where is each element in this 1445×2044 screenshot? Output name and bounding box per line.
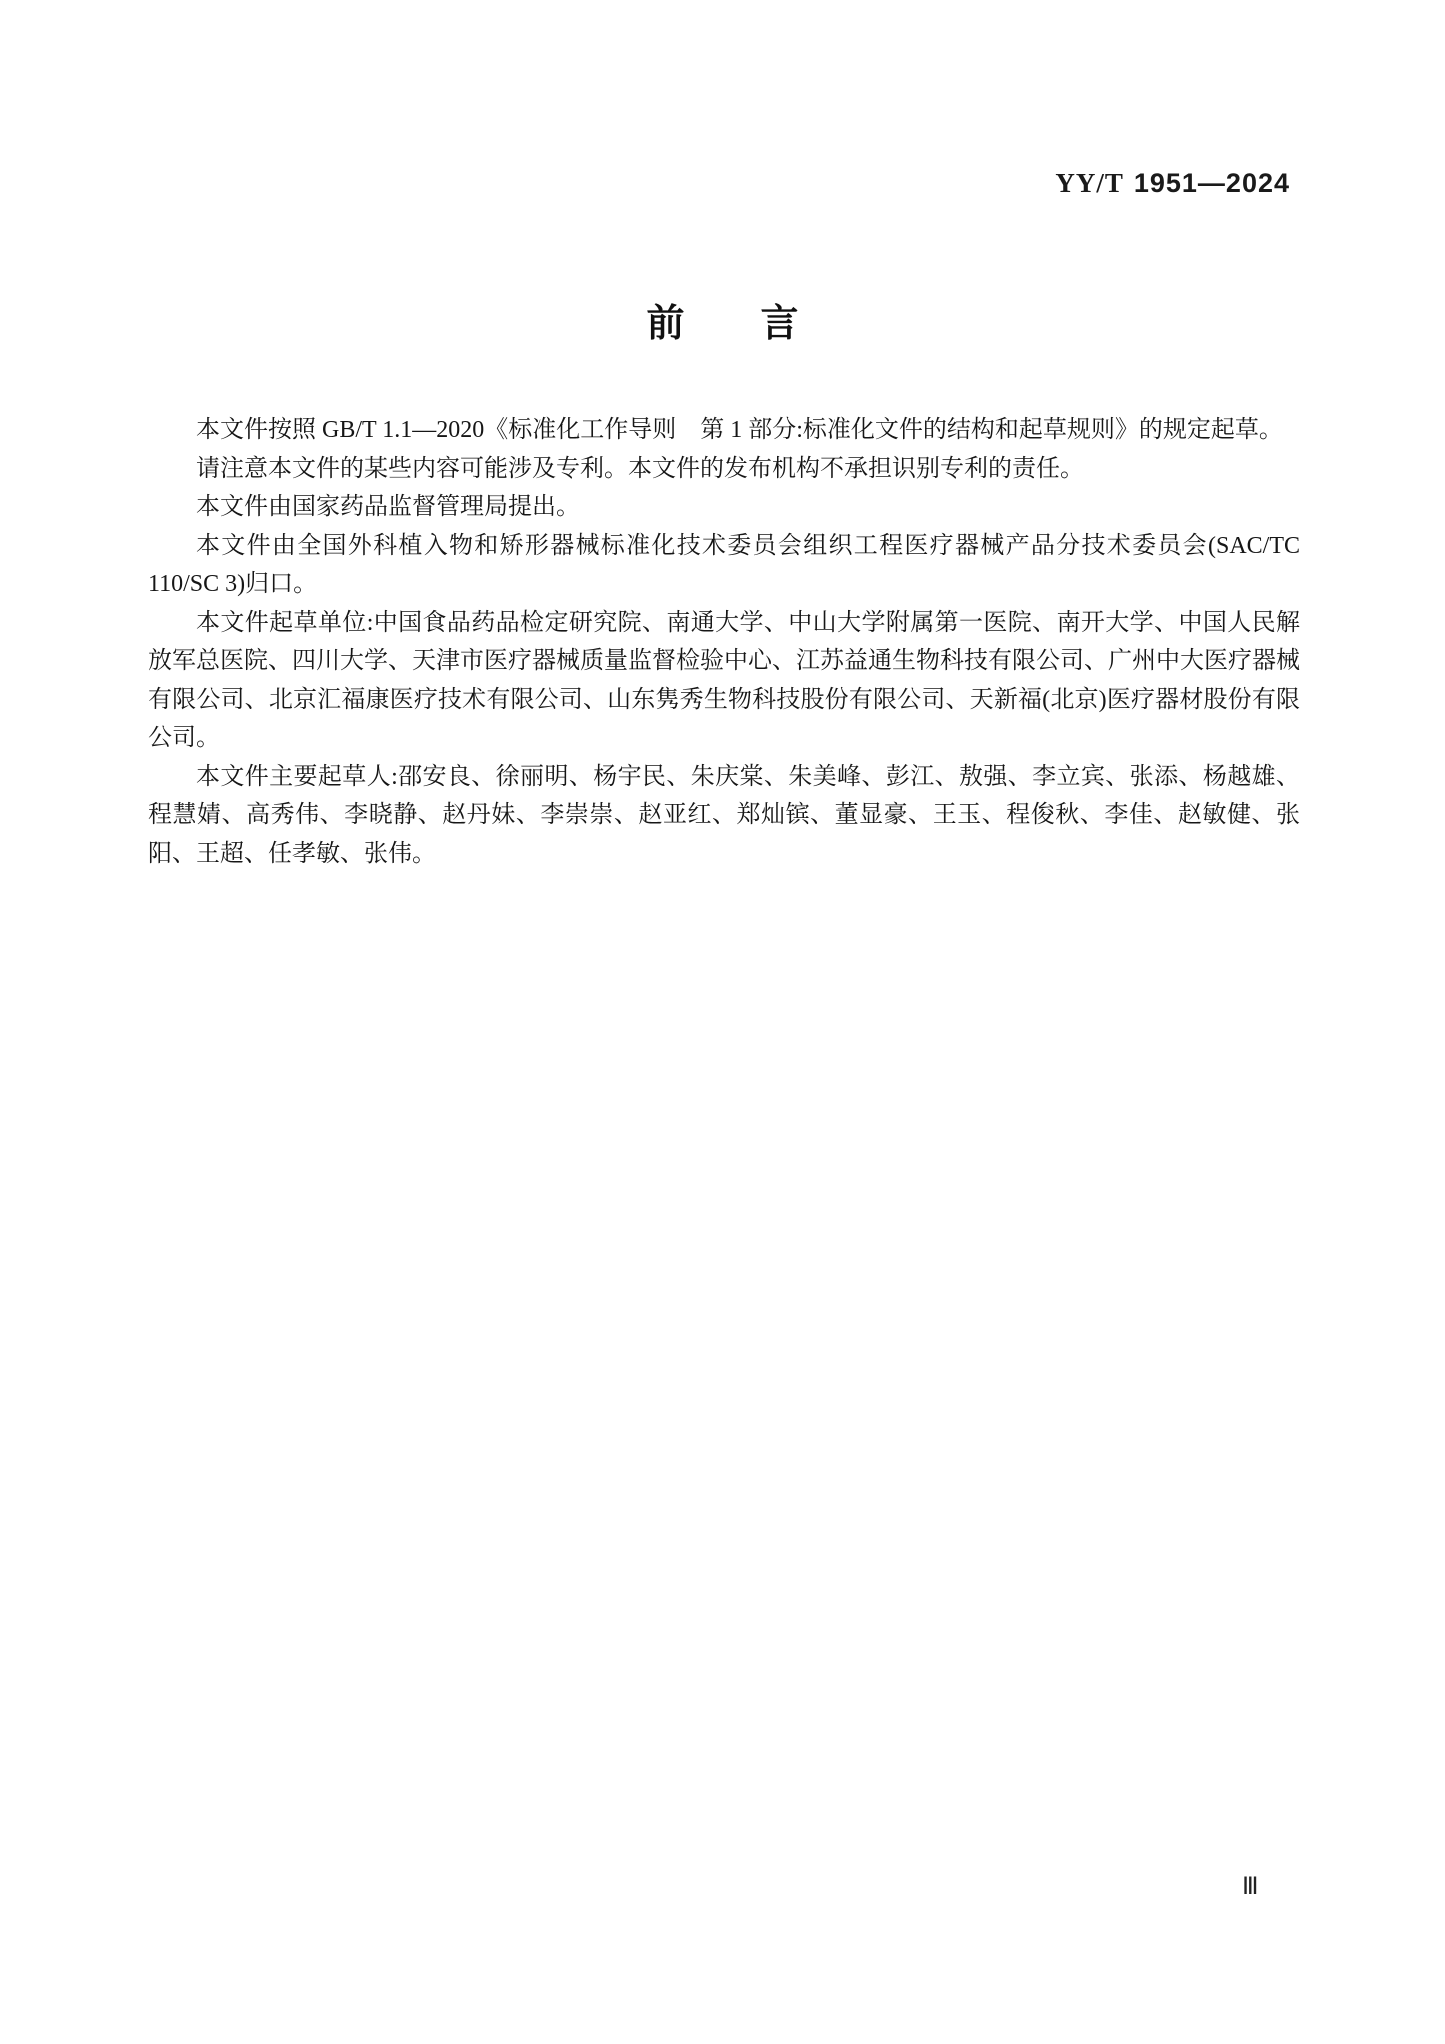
foreword-paragraph-drafting-rules: 本文件按照 GB/T 1.1—2020《标准化工作导则 第 1 部分:标准化文件…	[148, 411, 1300, 450]
document-page: YY/T1951—2024 前 言 本文件按照 GB/T 1.1—2020《标准…	[0, 0, 1445, 2044]
foreword-paragraph-committee: 本文件由全国外科植入物和矫形器械标准化技术委员会组织工程医疗器械产品分技术委员会…	[148, 527, 1300, 604]
standard-code-header: YY/T1951—2024	[1055, 168, 1290, 199]
foreword-title: 前 言	[0, 292, 1445, 347]
standard-code-prefix: YY/T	[1055, 168, 1124, 198]
page-number: Ⅲ	[1242, 1872, 1259, 1901]
foreword-paragraph-main-drafters: 本文件主要起草人:邵安良、徐丽明、杨宇民、朱庆棠、朱美峰、彭江、敖强、李立宾、张…	[148, 758, 1300, 874]
foreword-paragraph-drafting-organizations: 本文件起草单位:中国食品药品检定研究院、南通大学、中山大学附属第一医院、南开大学…	[148, 604, 1300, 758]
foreword-body: 本文件按照 GB/T 1.1—2020《标准化工作导则 第 1 部分:标准化文件…	[148, 411, 1300, 873]
standard-code-number: 1951—2024	[1134, 168, 1290, 198]
foreword-paragraph-patent-notice: 请注意本文件的某些内容可能涉及专利。本文件的发布机构不承担识别专利的责任。	[148, 450, 1300, 489]
foreword-paragraph-proposed-by: 本文件由国家药品监督管理局提出。	[148, 488, 1300, 527]
